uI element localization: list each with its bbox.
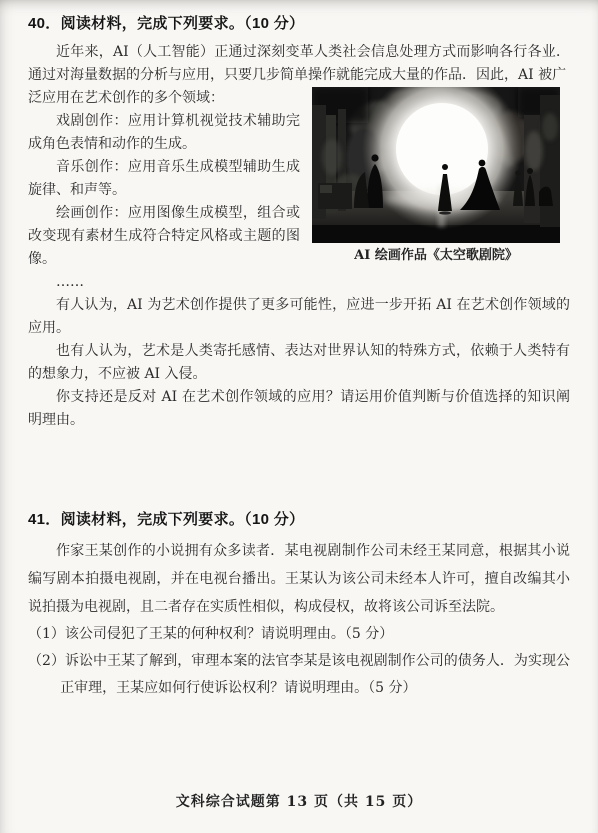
q41-item-1: （1）该公司侵犯了王某的何种权利？请说明理由。（5 分） bbox=[28, 621, 570, 648]
q40-view-support: 有人认为，AI 为艺术创作提供了更多可能性，应进一步开拓 AI 在艺术创作领域的… bbox=[28, 294, 570, 340]
page-content: 40．阅读材料，完成下列要求。（10 分） 近年来，AI（人工智能）正通过深刻变… bbox=[0, 0, 598, 702]
q41-main-paragraph: 作家王某创作的小说拥有众多读者．某电视剧制作公司未经王某同意，根据其小说编写剧本… bbox=[28, 537, 570, 621]
q40-figure: AI 绘画作品《太空歌剧院》 bbox=[312, 87, 560, 265]
q40-intro-paragraph: 近年来，AI（人工智能）正通过深刻变革人类社会信息处理方式而影响各行各业．通过对… bbox=[28, 41, 570, 87]
artwork-caption: AI 绘画作品《太空歌剧院》 bbox=[312, 247, 560, 265]
q40-task: 你支持还是反对 AI 在艺术创作领域的应用？请运用价值判断与价值选择的知识阐明理… bbox=[28, 386, 570, 432]
q41-header: 41．阅读材料，完成下列要求。（10 分） bbox=[28, 510, 570, 530]
q40-header: 40．阅读材料，完成下列要求。（10 分） bbox=[28, 14, 570, 34]
exam-page: 40．阅读材料，完成下列要求。（10 分） 近年来，AI（人工智能）正通过深刻变… bbox=[0, 0, 598, 833]
q40-ellipsis: …… bbox=[28, 271, 570, 294]
q40-view-oppose: 也有人认为，艺术是人类寄托感情、表达对世界认知的特殊方式，依赖于人类特有的想象力… bbox=[28, 340, 570, 386]
page-footer: 文科综合试题第 13 页（共 15 页） bbox=[0, 793, 598, 811]
question-40: 40．阅读材料，完成下列要求。（10 分） 近年来，AI（人工智能）正通过深刻变… bbox=[28, 14, 570, 432]
q41-item-2: （2）诉讼中王某了解到，审理本案的法官李某是该电视剧制作公司的债务人．为实现公正… bbox=[28, 648, 570, 702]
question-41: 41．阅读材料，完成下列要求。（10 分） 作家王某创作的小说拥有众多读者．某电… bbox=[28, 510, 570, 702]
ai-artwork-image bbox=[312, 87, 560, 243]
